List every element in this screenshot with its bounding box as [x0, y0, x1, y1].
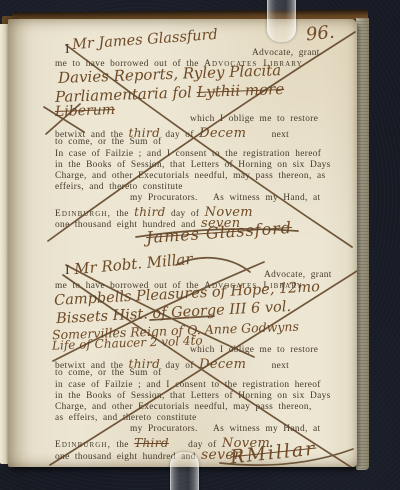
borrower-name-handwritten: Mr Robt. Millar	[73, 250, 193, 278]
effeirs-line: effeirs, and thereto constitute	[55, 182, 183, 192]
witness-text: As witness my Hand, at	[213, 193, 320, 203]
charge-line: Charge, and other Executorials needful, …	[55, 171, 325, 181]
borrower-name-handwritten: Mr James Glassfurd	[72, 27, 219, 53]
due-month-handwritten: Decem	[199, 126, 246, 141]
struck-title: Liberum	[55, 102, 116, 120]
failzie-line: in case of Failzie ; and I consent to th…	[55, 380, 321, 390]
retention-strap-top	[267, 0, 296, 42]
effeirs-line: as effeirs, and thereto constitute	[55, 413, 197, 423]
advocate-grant-text: Advocate, grant	[252, 48, 320, 58]
books-session-line: in the Books of Session, that Letters of…	[55, 391, 331, 401]
oblige-line: which I oblige me to restore	[190, 114, 318, 124]
failzie-line: In case of Failzie ; and I consent to th…	[55, 149, 321, 159]
book-photograph: 96. I Mr James Glassfurd Advocate, grant…	[0, 0, 400, 490]
manuscript-page: 96. I Mr James Glassfurd Advocate, grant…	[8, 19, 357, 467]
struck-title: Lythii more	[196, 80, 284, 101]
retention-strap-bottom	[170, 452, 199, 490]
procurators-witness-line: my Procurators. As witness my Hand, at	[130, 193, 320, 203]
opening-i: I	[65, 263, 70, 279]
advocate-grant-text: Advocate, grant	[264, 270, 332, 280]
due-month-handwritten: Decem	[199, 357, 246, 372]
year-line: one thousand eight hundred and seven	[55, 447, 243, 463]
sum-line: to come, or the Sum of	[55, 368, 162, 378]
sum-line: to come, or the Sum of	[55, 137, 162, 147]
folio-number: 96.	[305, 22, 336, 46]
opening-i: I	[65, 42, 70, 58]
witness-text: As witness my Hand, at	[213, 424, 320, 434]
oblige-line: which I oblige me to restore	[190, 345, 318, 355]
procurators-witness-line: my Procurators. As witness my Hand, at	[130, 424, 320, 434]
charge-line: Charge, and other Executorials needful, …	[55, 402, 312, 412]
books-session-line: in the Books of Session, that Letters of…	[55, 160, 331, 170]
cover-edge-band	[369, 12, 385, 474]
fore-edge-pages	[356, 18, 369, 470]
